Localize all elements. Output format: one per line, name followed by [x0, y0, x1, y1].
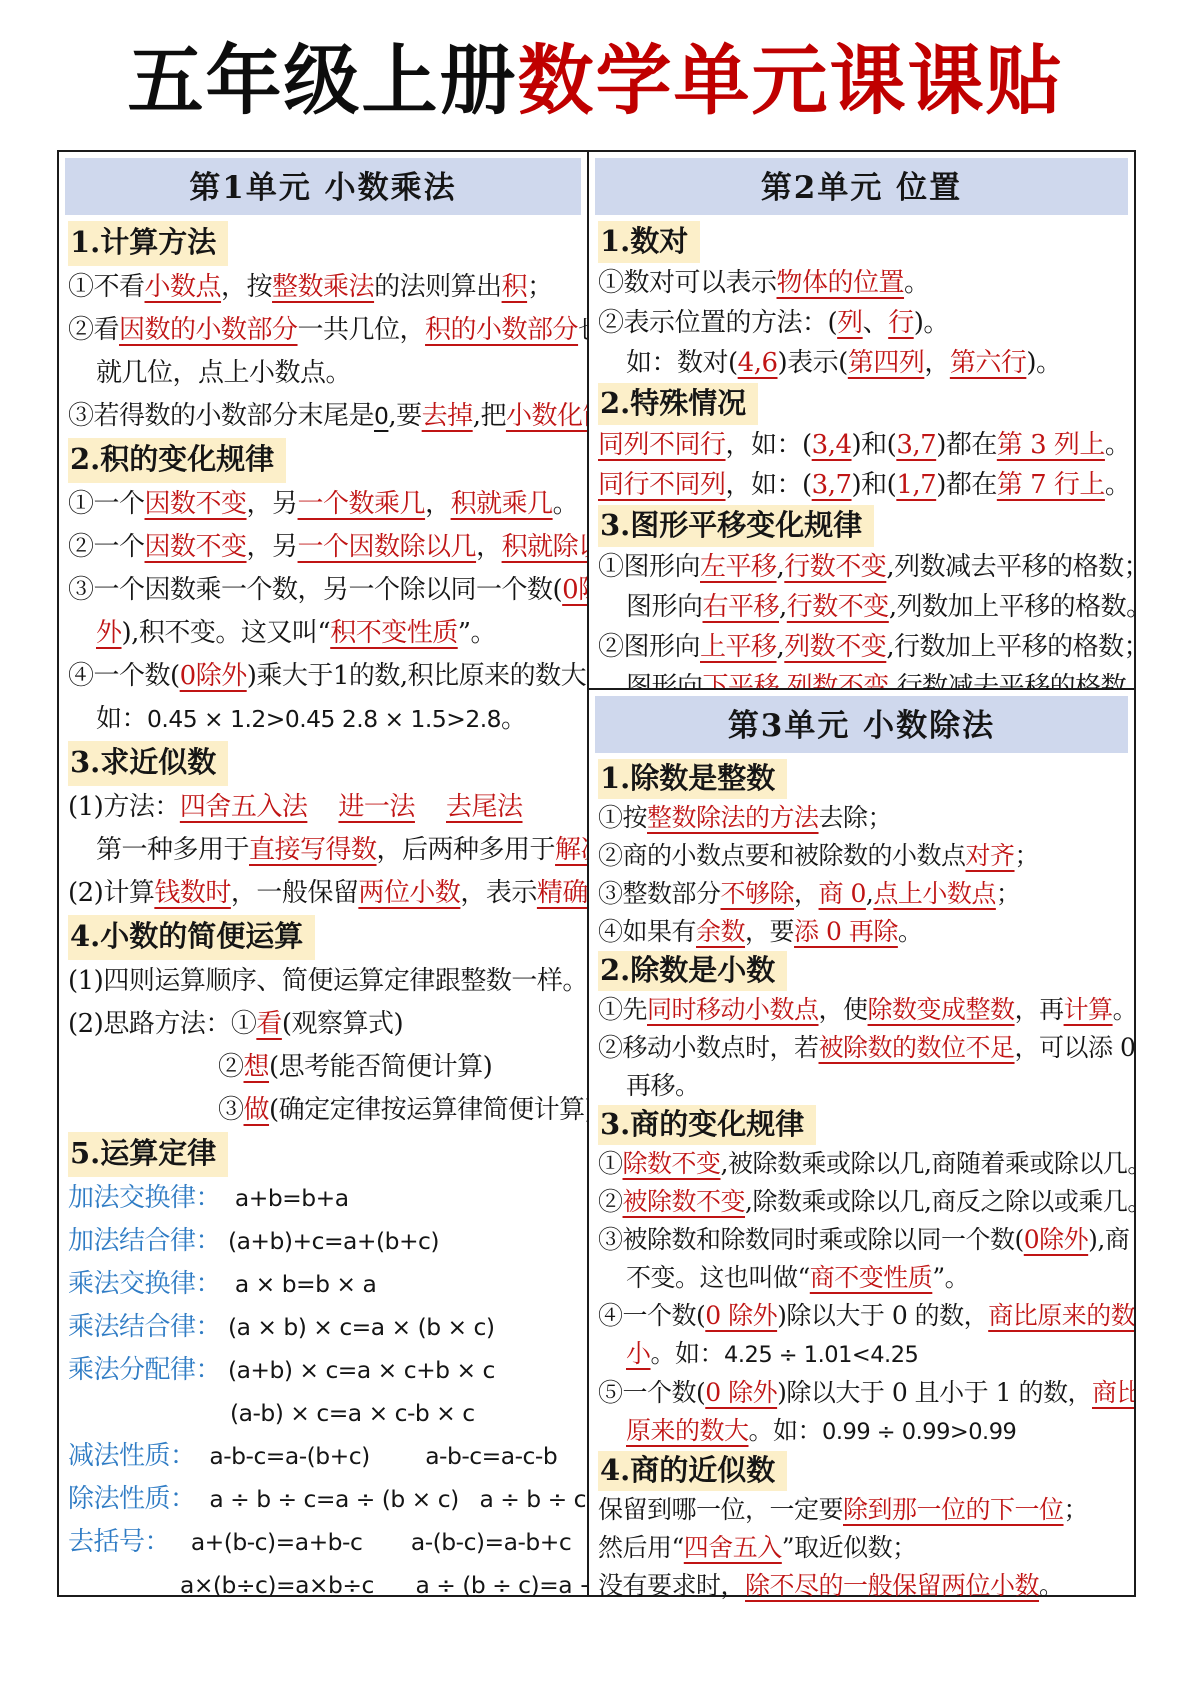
text-run: 0除外 [1024, 1225, 1088, 1254]
text-line: ③被除数和除数同时乘或除以同一个数(0除外),商 [598, 1221, 1130, 1259]
section-heading-label: 2.积的变化规律 [68, 438, 286, 483]
text-run: 乘法交换律： [68, 1269, 221, 1299]
text-run: 计算 [1064, 995, 1113, 1024]
text-line: ②移动小数点时，若被除数的数位不足，可以添 0 [598, 1029, 1130, 1067]
text-run: (2)思路方法：① [68, 1009, 256, 1039]
text-line: ①一个因数不变，另一个数乘几，积就乘几。 [68, 483, 583, 526]
text-run: ,被除数乘或除以几,商随着乘或除以几。 [721, 1149, 1134, 1178]
text-run: ，表示 [460, 878, 537, 908]
text-run: a × b=b × a [221, 1270, 376, 1298]
text-line: ②表示位置的方法：(列、行)。 [598, 303, 1130, 343]
text-run: 列数不变 [784, 632, 886, 662]
text-run: 商不变性质 [810, 1263, 933, 1292]
text-run: a-b-c=a-(b+c) a-b-c=a-c-b [196, 1442, 558, 1470]
text-run: 添 0 再除 [794, 917, 898, 946]
text-run: 。如： [749, 1416, 823, 1445]
text-run: 除法性质： [68, 1484, 196, 1514]
text-run: ； [996, 879, 1021, 908]
text-run: )和( [852, 430, 897, 460]
text-run: 3,7 [896, 430, 936, 460]
text-run: ① [598, 1149, 623, 1178]
text-run: 行数不变 [784, 552, 886, 582]
text-run: 原来的数大 [626, 1416, 749, 1445]
text-line: 去括号： a+(b-c)=a+b-c a-(b-c)=a-b+c [68, 1521, 583, 1564]
text-line: (a-b) × c=a × c-b × c [68, 1392, 583, 1435]
text-run: 如： [96, 704, 147, 734]
text-line: 原来的数大。如：0.99 ÷ 0.99>0.99 [598, 1412, 1130, 1451]
text-run: 外 [96, 618, 122, 648]
section-heading: 2.积的变化规律 [68, 438, 583, 483]
section-heading: 2.特殊情况 [598, 383, 1130, 425]
text-run: ,行数加上平移的格数； [886, 632, 1134, 662]
text-run: ④如果有 [598, 917, 696, 946]
text-run: a×(b÷c)=a×b÷c a ÷ (b ÷ c)=a ÷ b × c [180, 1571, 587, 1599]
text-run: 0.99 ÷ 0.99>0.99 [822, 1419, 1016, 1445]
text-run: ),商 [1088, 1225, 1129, 1254]
text-run: )。 [1026, 348, 1061, 378]
text-run: ，可以添 0 [1015, 1033, 1134, 1062]
text-line: (1)方法：四舍五入法 进一法 去尾法 [68, 786, 583, 829]
text-line: ①不看小数点，按整数乘法的法则算出积； [68, 266, 583, 309]
section-heading: 2.除数是小数 [598, 951, 1130, 991]
text-run: )表示( [778, 348, 848, 378]
text-run: ②图形向 [598, 632, 700, 662]
text-line: 乘法交换律： a × b=b × a [68, 1263, 583, 1306]
text-run: 再移。 [626, 1071, 700, 1100]
text-line: 乘法结合律： (a × b) × c=a × (b × c) [68, 1306, 583, 1349]
text-line: ②一个因数不变，另一个因数除以几，积就除以几。 [68, 526, 583, 569]
section-heading-label: 2.除数是小数 [598, 951, 787, 991]
text-run [415, 792, 446, 822]
text-line: 图形向右平移,行数不变,列数加上平移的格数。 [598, 587, 1130, 627]
text-run: ④一个数( [68, 661, 180, 691]
unit3-panel: 第3单元 小数除法 1.除数是整数①按整数除法的方法去除；②商的小数点要和被除数… [587, 688, 1136, 1597]
section-heading: 3.商的变化规律 [598, 1105, 1130, 1145]
section-heading: 4.小数的简便运算 [68, 915, 583, 960]
text-run: 一个因数除以几 [298, 532, 477, 562]
text-run: 3,7 [812, 470, 852, 500]
text-run: 两位小数 [358, 878, 460, 908]
text-run: , [779, 592, 787, 622]
text-run: ③一个因数乘一个数，另一个除以同一个数( [68, 575, 562, 605]
text-run: (a+b)+c=a+(b+c) [221, 1227, 439, 1255]
text-run: 。 [898, 917, 923, 946]
text-run: 点上小数点 [873, 879, 996, 908]
text-run: ，使 [819, 995, 868, 1024]
text-run: 如：数对( [626, 348, 738, 378]
text-run: 行 [888, 308, 914, 338]
text-run: ②看 [68, 315, 119, 345]
text-run: 精确到分 [537, 878, 587, 908]
section-heading-label: 5.运算定律 [68, 1132, 228, 1177]
text-line: ①图形向左平移,行数不变,列数减去平移的格数； [598, 547, 1130, 587]
text-line: 保留到哪一位，一定要除到那一位的下一位； [598, 1491, 1130, 1529]
text-line: ④如果有余数，要添 0 再除。 [598, 913, 1130, 951]
text-run: ， [425, 489, 451, 519]
text-run: 上平移 [700, 632, 777, 662]
text-run: ⑤一个数( [598, 1378, 705, 1407]
text-run: ，一般保留 [231, 878, 359, 908]
text-run: 。 [553, 489, 579, 519]
text-run: 乘法分配律： [68, 1355, 221, 1385]
text-run: ③被除数和除数同时乘或除以同一个数( [598, 1225, 1024, 1254]
text-run: 小 [626, 1339, 651, 1368]
text-run: 一个数乘几 [298, 489, 426, 519]
text-run: 第 3 列上 [997, 430, 1105, 460]
text-line: ②想(思考能否简便计算) [68, 1046, 583, 1089]
text-run: 钱数时 [154, 878, 231, 908]
text-line: 没有要求时，除不尽的一般保留两位小数。 [598, 1567, 1130, 1605]
text-run: 。 [1113, 995, 1134, 1024]
text-run: )都在 [936, 470, 997, 500]
unit2-content: 1.数对①数对可以表示物体的位置。②表示位置的方法：(列、行)。如：数对(4,6… [589, 219, 1134, 707]
text-run: ,除数乘或除以几,商反之除以或乘几。 [745, 1187, 1134, 1216]
text-run: 。如： [651, 1339, 725, 1368]
unit1-header: 第1单元 小数乘法 [65, 158, 581, 215]
text-run: 一共几位， [298, 315, 426, 345]
text-run: 。 [1039, 1571, 1064, 1600]
section-heading-label: 1.除数是整数 [598, 759, 787, 799]
text-line: 同行不同列，如：(3,7)和(1,7)都在第 7 行上。 [598, 465, 1130, 505]
text-run: 看 [256, 1009, 282, 1039]
text-run: ②一个 [68, 532, 145, 562]
text-run: 列 [837, 308, 863, 338]
text-run: 乘法结合律： [68, 1312, 221, 1342]
section-heading: 3.求近似数 [68, 741, 583, 786]
text-run: (2)计算 [68, 878, 154, 908]
text-line: a×(b÷c)=a×b÷c a ÷ (b ÷ c)=a ÷ b × c [68, 1564, 583, 1607]
text-run: 同列不同行 [598, 430, 726, 460]
text-line: 加法结合律： (a+b)+c=a+(b+c) [68, 1220, 583, 1263]
text-run: ，要 [745, 917, 794, 946]
text-run: 积就除以几 [502, 532, 587, 562]
text-line: ③做(确定定律按运算律简便计算) [68, 1089, 583, 1132]
text-run: 小数化简 [506, 401, 587, 431]
text-run: a ÷ b ÷ c=a ÷ (b × c) a ÷ b ÷ c=a ÷ c ÷ … [196, 1485, 587, 1513]
text-run: )除以大于 0 且小于 1 的数， [777, 1378, 1092, 1407]
text-line: (2)计算钱数时，一般保留两位小数，表示精确到分。 [68, 872, 583, 915]
section-heading-label: 3.图形平移变化规律 [598, 505, 874, 547]
text-run [307, 792, 338, 822]
text-run: )。 [914, 308, 949, 338]
text-run: 。 [904, 268, 930, 298]
section-heading-label: 4.小数的简便运算 [68, 915, 315, 960]
text-run: ，如：( [726, 430, 812, 460]
text-line: (2)思路方法：①看(观察算式) [68, 1003, 583, 1046]
text-run: ， [794, 879, 819, 908]
unit3-header: 第3单元 小数除法 [595, 696, 1128, 753]
text-run: 小数点 [145, 272, 222, 302]
section-heading-label: 3.求近似数 [68, 741, 228, 786]
text-run: 然后用“ [598, 1533, 684, 1562]
text-line: ①按整数除法的方法去除； [598, 799, 1130, 837]
section-heading-label: 2.特殊情况 [598, 383, 758, 425]
text-run: ”取近似数； [782, 1533, 917, 1562]
text-run: 0.45 × 1.2>0.45 2.8 × 1.5>2.8 [147, 705, 501, 733]
text-run: 去尾法 [446, 792, 523, 822]
text-run: 加法结合律： [68, 1226, 221, 1256]
text-run: 商比 [1092, 1378, 1134, 1407]
unit2-panel: 第2单元 位置 1.数对①数对可以表示物体的位置。②表示位置的方法：(列、行)。… [587, 150, 1136, 690]
text-run: 除不尽的一般保留两位小数 [745, 1571, 1039, 1600]
text-run: 积 [502, 272, 528, 302]
text-run: a+b=b+a [221, 1184, 349, 1212]
text-run: 不变。这也叫做“ [626, 1263, 810, 1292]
text-line: ②看因数的小数部分一共几位，积的小数部分也 [68, 309, 583, 352]
text-run: ； [527, 272, 553, 302]
section-heading: 3.图形平移变化规律 [598, 505, 1130, 547]
text-line: 再移。 [598, 1067, 1130, 1105]
text-run: ， [924, 348, 950, 378]
text-run: (观察算式) [282, 1009, 403, 1039]
text-run: 解决问题 [555, 835, 587, 865]
text-run: ②移动小数点时，若 [598, 1033, 819, 1062]
text-line: 小。如：4.25 ÷ 1.01<4.25 [598, 1335, 1130, 1374]
text-run: ①一个 [68, 489, 145, 519]
text-line: ③整数部分不够除，商 0,点上小数点； [598, 875, 1130, 913]
text-run: (1)四则运算顺序、简便运算定律跟整数一样。 [68, 966, 587, 996]
text-run: 积就乘几 [451, 489, 553, 519]
units-table: 第1单元 小数乘法 1.计算方法①不看小数点，按整数乘法的法则算出积；②看因数的… [57, 150, 1136, 1597]
text-line: ①先同时移动小数点，使除数变成整数，再计算。 [598, 991, 1130, 1029]
text-run: ,列数减去平移的格数； [886, 552, 1134, 582]
text-run: (a-b) × c=a × c-b × c [230, 1399, 475, 1427]
text-run: )都在 [936, 430, 997, 460]
text-run: ),积不变。这又叫“ [122, 618, 331, 648]
section-heading: 4.商的近似数 [598, 1451, 1130, 1491]
text-run: 的法则算出 [374, 272, 502, 302]
text-run: 左平移 [700, 552, 777, 582]
text-run: 。 [1105, 470, 1131, 500]
section-heading-label: 3.商的变化规律 [598, 1105, 816, 1145]
section-heading-label: 4.商的近似数 [598, 1451, 787, 1491]
text-run: 保留到哪一位，一定要 [598, 1495, 843, 1524]
text-run: ,列数加上平移的格数。 [889, 592, 1134, 622]
text-run: 0 [374, 402, 388, 430]
text-run: 、 [863, 308, 889, 338]
text-run: ,要 [388, 401, 421, 431]
text-run: ”。 [932, 1263, 969, 1292]
text-run: 除数变成整数 [868, 995, 1015, 1024]
text-line: (1)四则运算顺序、简便运算定律跟整数一样。 [68, 960, 583, 1003]
text-run: ①图形向 [598, 552, 700, 582]
text-run: (a × b) × c=a × (b × c) [221, 1313, 495, 1341]
text-line: 加法交换律： a+b=b+a [68, 1177, 583, 1220]
text-run: 除到那一位的下一位 [843, 1495, 1064, 1524]
text-run: )和( [852, 470, 897, 500]
text-run: 除数不变 [623, 1149, 721, 1178]
text-run: 。 [1105, 430, 1131, 460]
text-run: ， [476, 532, 502, 562]
text-run: ③ [218, 1095, 244, 1125]
text-run: 不够除 [721, 879, 795, 908]
text-run: ③若得数的小数部分末尾是 [68, 401, 374, 431]
text-run: ,把 [473, 401, 506, 431]
text-run: 四舍五入法 [180, 792, 308, 822]
text-run: 想 [244, 1052, 270, 1082]
text-line: 乘法分配律： (a+b) × c=a × c+b × c [68, 1349, 583, 1392]
text-run: 减法性质： [68, 1441, 196, 1471]
text-run: 商 0 [819, 879, 866, 908]
page-title-subject: 数学单元课课贴 [518, 36, 1064, 125]
text-run: 0除 [562, 575, 587, 605]
text-run: ①按 [598, 803, 647, 832]
section-heading: 5.运算定律 [68, 1132, 583, 1177]
text-line: ③若得数的小数部分末尾是0,要去掉,把小数化简。 [68, 395, 583, 438]
text-run: ，后两种多用于 [377, 835, 556, 865]
text-run: 因数不变 [145, 532, 247, 562]
text-run: ”。 [458, 618, 496, 648]
text-run: 被除数的数位不足 [819, 1033, 1015, 1062]
text-run: ，另 [247, 489, 298, 519]
text-line: 同列不同行，如：(3,4)和(3,7)都在第 3 列上。 [598, 425, 1130, 465]
text-run: 第 7 行上 [997, 470, 1105, 500]
text-run: 余数 [696, 917, 745, 946]
text-line: 如：0.45 × 1.2>0.45 2.8 × 1.5>2.8。 [68, 698, 583, 741]
text-line: ③一个因数乘一个数，另一个除以同一个数(0除 [68, 569, 583, 612]
text-run: ①数对可以表示 [598, 268, 777, 298]
text-run: ①先 [598, 995, 647, 1024]
text-run: 4.25 ÷ 1.01<4.25 [724, 1342, 918, 1368]
text-line: 减法性质： a-b-c=a-(b+c) a-b-c=a-c-b [68, 1435, 583, 1478]
text-run: ； [1015, 841, 1040, 870]
text-run: 同时移动小数点 [647, 995, 819, 1024]
text-run: 进一法 [338, 792, 415, 822]
text-run: 4,6 [738, 348, 778, 378]
text-run: (a+b) × c=a × c+b × c [221, 1356, 495, 1384]
text-run: 对齐 [966, 841, 1015, 870]
text-run: 积的小数部分 [425, 315, 578, 345]
page-title: 五年级上册数学单元课课贴 [0, 26, 1191, 136]
text-run: 行数不变 [787, 592, 889, 622]
text-line: ⑤一个数(0 除外)除以大于 0 且小于 1 的数，商比 [598, 1374, 1130, 1412]
text-run: ② [598, 1187, 623, 1216]
text-run: 也 [578, 315, 587, 345]
text-run: 就几位，点上小数点。 [96, 358, 351, 388]
text-run: ①不看 [68, 272, 145, 302]
text-run: 0除外 [180, 661, 247, 691]
text-run: 没有要求时， [598, 1571, 745, 1600]
text-run: 右平移 [703, 592, 780, 622]
section-heading-label: 1.计算方法 [68, 221, 228, 266]
text-run: 整数乘法 [272, 272, 374, 302]
text-line: 不变。这也叫做“商不变性质”。 [598, 1259, 1130, 1297]
text-line: ②被除数不变,除数乘或除以几,商反之除以或乘几。 [598, 1183, 1130, 1221]
text-run: ②表示位置的方法：( [598, 308, 837, 338]
text-run: ② [218, 1052, 244, 1082]
text-line: 然后用“四舍五入”取近似数； [598, 1529, 1130, 1567]
text-run: ③整数部分 [598, 879, 721, 908]
text-line: ④一个数(0 除外)除以大于 0 的数，商比原来的数 [598, 1297, 1130, 1335]
text-run: 四舍五入 [684, 1533, 782, 1562]
text-run: 整数除法的方法 [647, 803, 819, 832]
text-run: (确定定律按运算律简便计算) [269, 1095, 587, 1125]
text-run: 同行不同列 [598, 470, 726, 500]
text-run: 。 [501, 704, 527, 734]
text-run: ，再 [1015, 995, 1064, 1024]
text-line: 第一种多用于直接写得数，后两种多用于解决问题。 [68, 829, 583, 872]
page-title-grade: 五年级上册 [128, 36, 518, 125]
text-run: 第四列 [848, 348, 925, 378]
text-run: 图形向 [626, 592, 703, 622]
text-line: 就几位，点上小数点。 [68, 352, 583, 395]
text-run: 去括号： [68, 1527, 170, 1557]
text-run: 0 除外 [705, 1301, 777, 1330]
text-run: 物体的位置 [777, 268, 905, 298]
text-run: ； [1064, 1495, 1089, 1524]
unit2-header: 第2单元 位置 [595, 158, 1128, 215]
text-line: 外),积不变。这又叫“积不变性质”。 [68, 612, 583, 655]
text-run: ，按 [221, 272, 272, 302]
text-run: ②商的小数点要和被除数的小数点 [598, 841, 966, 870]
unit1-content: 1.计算方法①不看小数点，按整数乘法的法则算出积；②看因数的小数部分一共几位，积… [59, 219, 587, 1607]
text-run: 因数不变 [145, 489, 247, 519]
section-heading: 1.计算方法 [68, 221, 583, 266]
text-run: 第六行 [950, 348, 1027, 378]
text-line: ②图形向上平移,列数不变,行数加上平移的格数； [598, 627, 1130, 667]
text-line: ①数对可以表示物体的位置。 [598, 263, 1130, 303]
text-run: 去除； [819, 803, 893, 832]
text-run: (1)方法： [68, 792, 180, 822]
text-run: 加法交换律： [68, 1183, 221, 1213]
text-run: )除以大于 0 的数， [777, 1301, 988, 1330]
section-heading-label: 1.数对 [598, 221, 700, 263]
text-run: 1,7 [896, 470, 936, 500]
text-line: 除法性质： a ÷ b ÷ c=a ÷ (b × c) a ÷ b ÷ c=a … [68, 1478, 583, 1521]
text-run: 0 除外 [705, 1378, 777, 1407]
text-run: 直接写得数 [249, 835, 377, 865]
text-run: (思考能否简便计算) [269, 1052, 492, 1082]
text-run: 积不变性质 [330, 618, 458, 648]
text-run: 去掉 [422, 401, 473, 431]
study-sheet-page: 五年级上册数学单元课课贴 第1单元 小数乘法 1.计算方法①不看小数点，按整数乘… [0, 0, 1191, 1684]
right-column: 第2单元 位置 1.数对①数对可以表示物体的位置。②表示位置的方法：(列、行)。… [587, 150, 1136, 1597]
text-run: )乘大于1的数,积比原来的数大。 [247, 661, 587, 691]
section-heading: 1.除数是整数 [598, 759, 1130, 799]
unit3-content: 1.除数是整数①按整数除法的方法去除；②商的小数点要和被除数的小数点对齐；③整数… [589, 757, 1134, 1605]
text-run: ，如：( [726, 470, 812, 500]
text-line: ②商的小数点要和被除数的小数点对齐； [598, 837, 1130, 875]
text-run: a+(b-c)=a+b-c a-(b-c)=a-b+c [170, 1528, 571, 1556]
section-heading: 1.数对 [598, 221, 1130, 263]
text-run: 商比原来的数 [988, 1301, 1134, 1330]
text-run: 3,4 [812, 430, 852, 460]
text-run: 被除数不变 [623, 1187, 746, 1216]
text-run: 做 [244, 1095, 270, 1125]
text-run: 第一种多用于 [96, 835, 249, 865]
text-line: ①除数不变,被除数乘或除以几,商随着乘或除以几。 [598, 1145, 1130, 1183]
text-line: 如：数对(4,6)表示(第四列，第六行)。 [598, 343, 1130, 383]
text-run: ，另 [247, 532, 298, 562]
text-run: 因数的小数部分 [119, 315, 298, 345]
unit1-panel: 第1单元 小数乘法 1.计算方法①不看小数点，按整数乘法的法则算出积；②看因数的… [57, 150, 589, 1597]
text-run: ④一个数( [598, 1301, 705, 1330]
text-line: ④一个数(0除外)乘大于1的数,积比原来的数大。 [68, 655, 583, 698]
